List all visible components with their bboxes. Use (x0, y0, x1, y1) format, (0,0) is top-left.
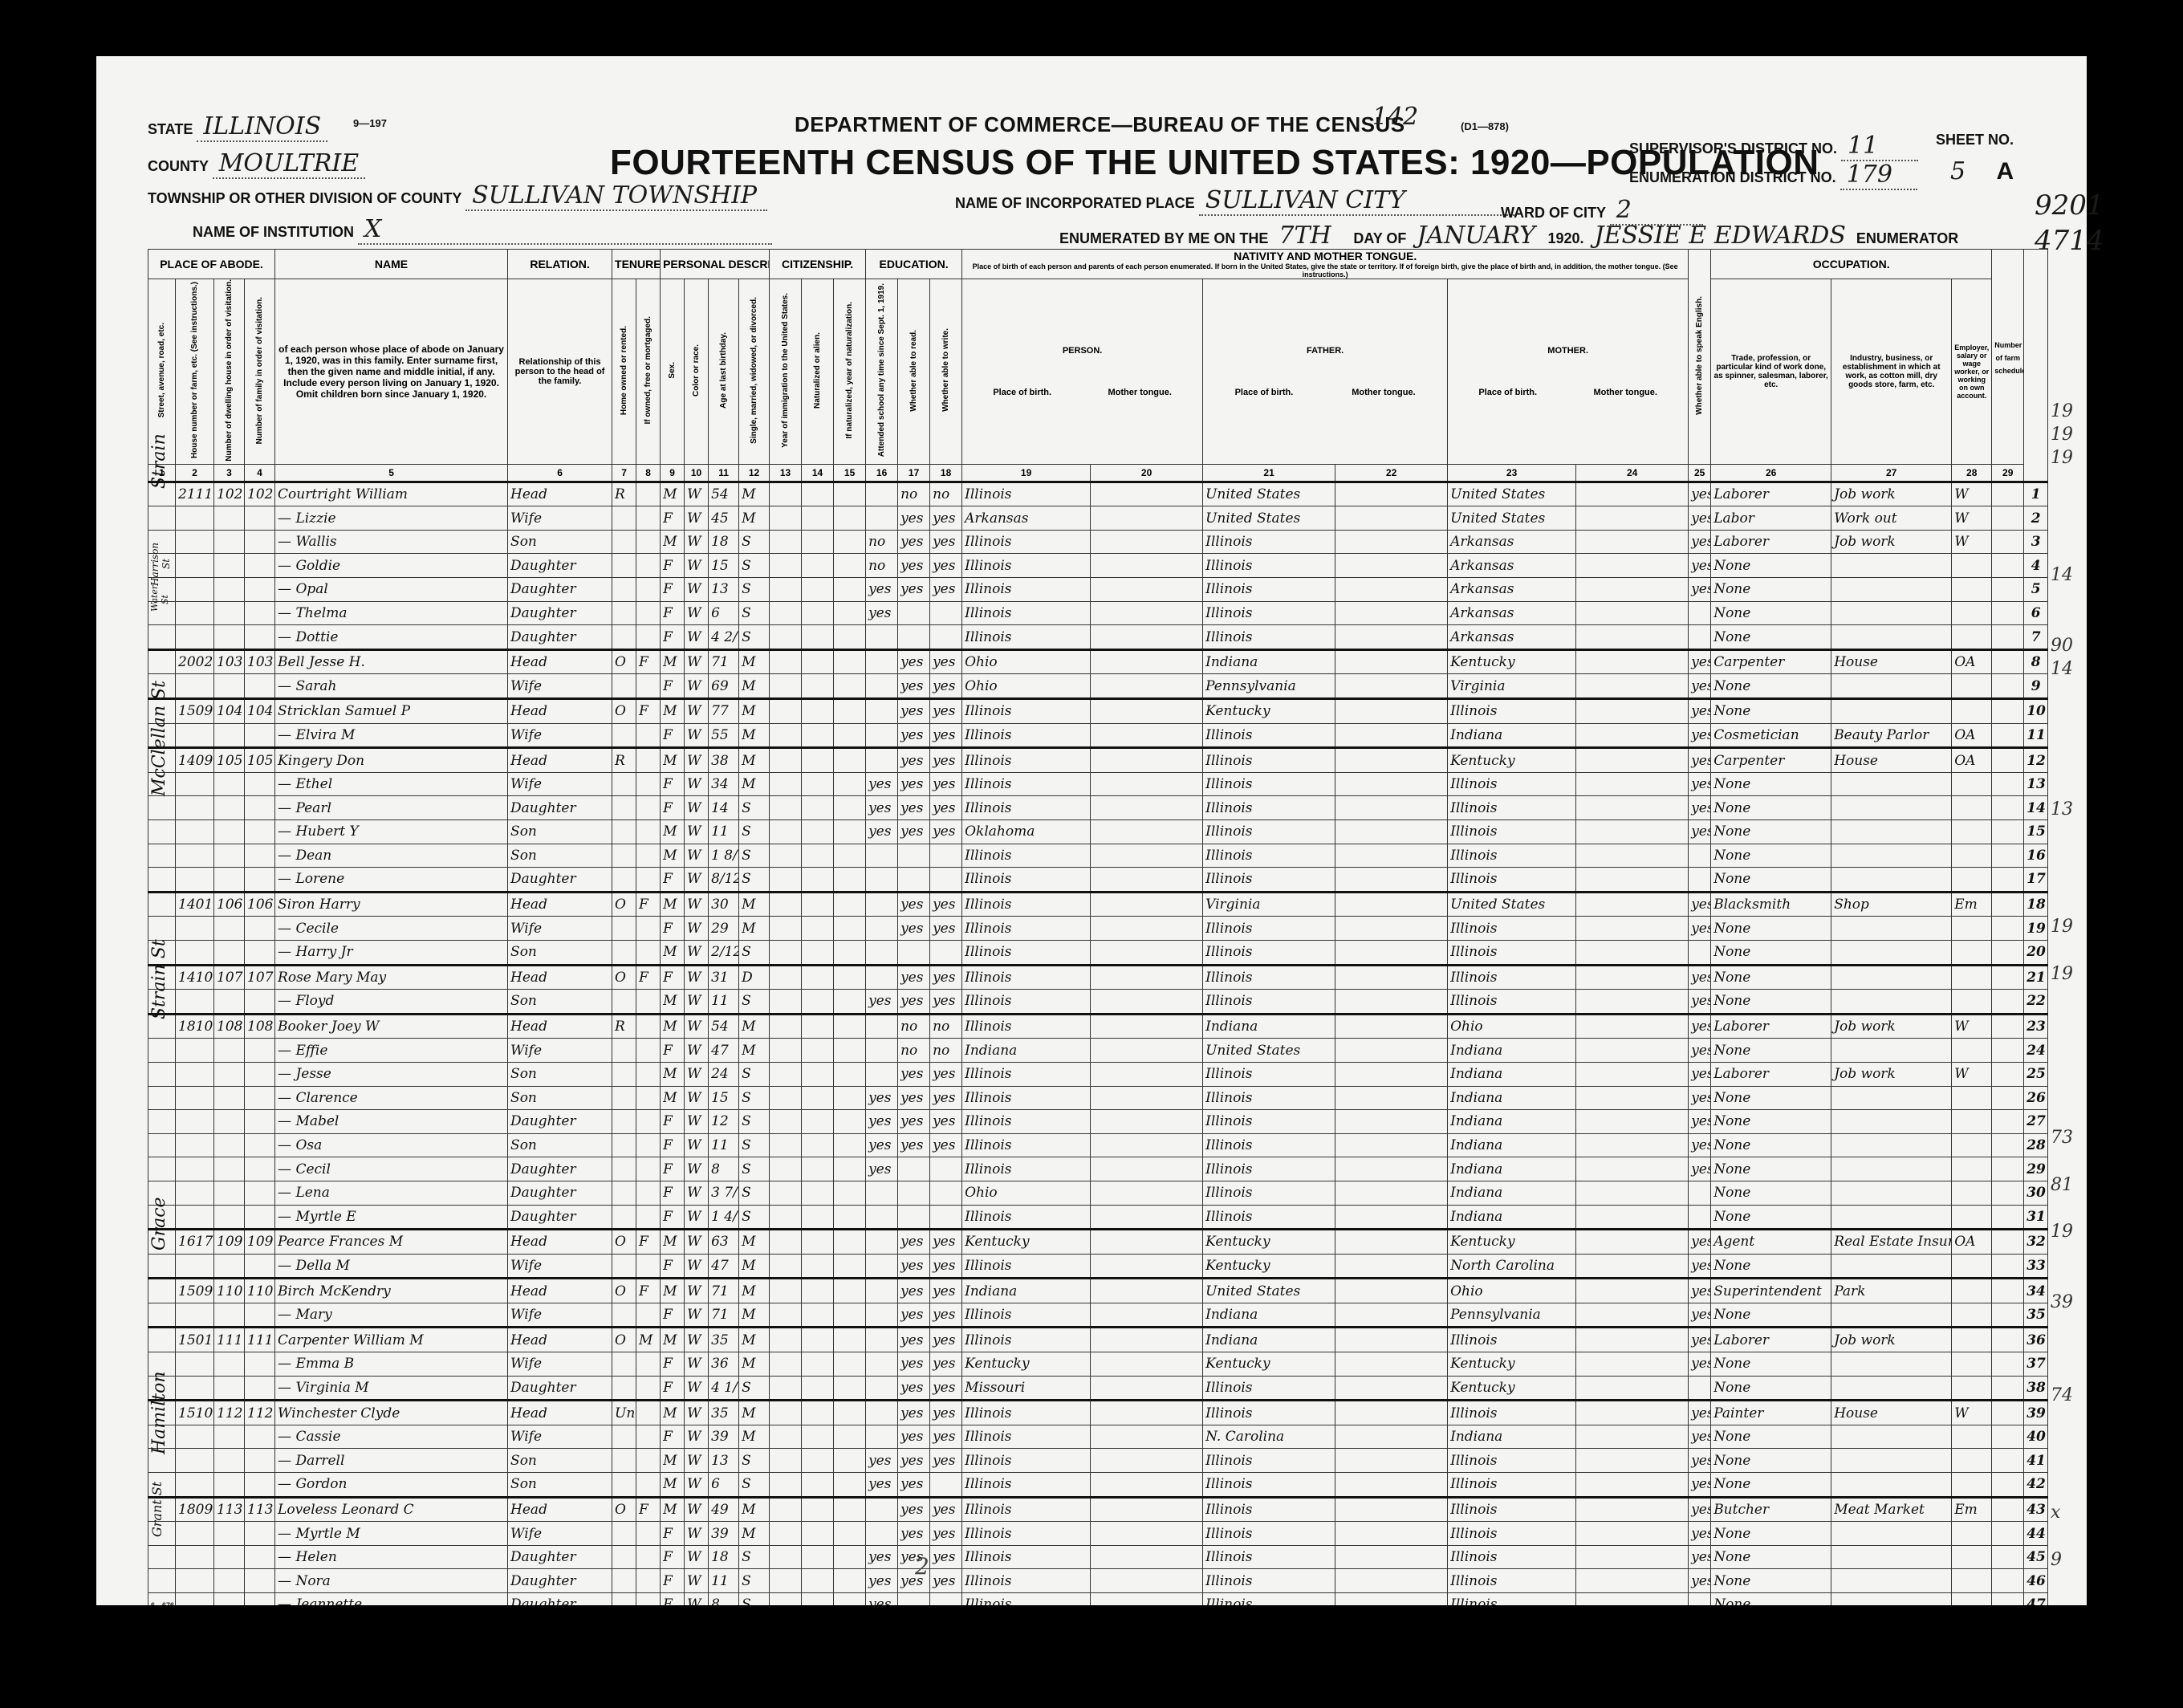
cell-relation: Head (508, 1230, 612, 1255)
table-row: — ClarenceSonMW15SyesyesyesIllinoisIllin… (148, 1086, 2048, 1110)
cell-school (866, 506, 898, 531)
group-tenure: TENURE. (612, 250, 661, 279)
cell-industry (1831, 820, 1952, 844)
cell-farm (1992, 649, 2024, 674)
cell-family (245, 1133, 275, 1157)
cell-mother-pob: Arkansas (1448, 554, 1576, 578)
col-4-header: Number of family in order of visitation. (245, 279, 275, 465)
cell-dwelling (214, 1522, 245, 1546)
cell-farm (1992, 1133, 2024, 1157)
department-title: DEPARTMENT OF COMMERCE—BUREAU OF THE CEN… (795, 112, 1405, 137)
margin-annotation: 19 (2051, 448, 2073, 468)
cell-name: — Harry Jr (275, 940, 508, 965)
cell-read: yes (898, 748, 930, 773)
cell-read: yes (898, 554, 930, 578)
cell-industry (1831, 844, 1952, 868)
col-8-header: If owned, free or mortgaged. (636, 279, 661, 465)
cell-owned (612, 1086, 636, 1110)
cell-pob-tongue (1091, 1110, 1203, 1134)
cell-father-pob: United States (1203, 1039, 1335, 1063)
cell-dwelling: 110 (214, 1279, 245, 1303)
cell-natyr (834, 1569, 866, 1593)
cell-sex: M (661, 699, 685, 724)
margin-annotation: 39 (2051, 1292, 2073, 1312)
cell-mother-tongue (1576, 940, 1689, 965)
cell-nat (802, 1569, 834, 1593)
cell-race: W (685, 844, 709, 868)
cell-imm (770, 1545, 802, 1569)
page-mark: 2 (915, 1553, 929, 1580)
cell-pob: Illinois (962, 1497, 1091, 1522)
margin-annotation: 13 (2051, 799, 2073, 819)
cell-age: 63 (709, 1230, 739, 1255)
cell-english: yes (1689, 1086, 1711, 1110)
cell-name: — Lizzie (275, 506, 508, 531)
cell-race: W (685, 1473, 709, 1498)
cell-marital: M (739, 1401, 770, 1425)
cell-mortgage: F (636, 892, 661, 917)
cell-father-pob: Illinois (1203, 772, 1335, 796)
cell-read (898, 1181, 930, 1205)
cell-mother-pob: Indiana (1448, 1157, 1576, 1181)
cell-owned (612, 1522, 636, 1546)
cell-mother-tongue (1576, 1401, 1689, 1425)
cell-dwelling (214, 868, 245, 893)
cell-name: Bell Jesse H. (275, 649, 508, 674)
cell-dwelling (214, 1473, 245, 1498)
cell-age: 2/12 (709, 940, 739, 965)
cell-family (245, 1376, 275, 1401)
cell-age: 6 (709, 1473, 739, 1498)
cell-class (1952, 844, 1992, 868)
cell-marital: S (739, 940, 770, 965)
cell-relation: Daughter (508, 1545, 612, 1569)
cell-father-pob: Illinois (1203, 1062, 1335, 1086)
enumerated-label: ENUMERATED BY ME ON THE (1059, 230, 1268, 246)
cell-trade: None (1711, 796, 1831, 820)
cell-mortgage (636, 1157, 661, 1181)
cell-race: W (685, 578, 709, 602)
cell-marital: S (739, 1473, 770, 1498)
cell-father-tongue (1335, 1328, 1448, 1352)
cell-father-tongue (1335, 1086, 1448, 1110)
cell-write (930, 1157, 962, 1181)
line-number-header (2024, 250, 2048, 482)
line-number: 2 (2024, 506, 2048, 531)
cell-owned (612, 1473, 636, 1498)
cell-natyr (834, 1522, 866, 1546)
cell-owned (612, 723, 636, 748)
cell-pob-tongue (1091, 506, 1203, 531)
cell-read: yes (898, 772, 930, 796)
cell-imm (770, 530, 802, 554)
cell-english: yes (1689, 1014, 1711, 1039)
cell-pob-tongue (1091, 1254, 1203, 1279)
cell-mother-pob: Illinois (1448, 699, 1576, 724)
line-number: 1 (2024, 482, 2048, 506)
cell-relation: Head (508, 482, 612, 506)
cell-class: OA (1952, 748, 1992, 773)
cell-sex: M (661, 1086, 685, 1110)
cell-nat (802, 844, 834, 868)
cell-owned (612, 1569, 636, 1593)
father-header: FATHER. Place of birth.Mother tongue. (1203, 279, 1448, 465)
cell-dwelling: 112 (214, 1401, 245, 1425)
cell-read (898, 844, 930, 868)
cell-industry (1831, 1205, 1952, 1230)
cell-english: yes (1689, 554, 1711, 578)
cell-mother-pob: Illinois (1448, 796, 1576, 820)
cell-race: W (685, 1157, 709, 1181)
cell-mother-tongue (1576, 1110, 1689, 1134)
line-number: 20 (2024, 940, 2048, 965)
cell-dwelling: 103 (214, 649, 245, 674)
cell-age: 11 (709, 1133, 739, 1157)
cell-industry (1831, 940, 1952, 965)
cell-mortgage (636, 1181, 661, 1205)
cell-mother-tongue (1576, 917, 1689, 941)
table-row: — Virginia MDaughterFW4 1/12SyesyesMisso… (148, 1376, 2048, 1401)
cell-mortgage (636, 1522, 661, 1546)
cell-marital: M (739, 1254, 770, 1279)
cell-read: yes (898, 649, 930, 674)
cell-class (1952, 1569, 1992, 1593)
cell-nat (802, 1181, 834, 1205)
cell-father-tongue (1335, 1110, 1448, 1134)
cell-trade: None (1711, 1473, 1831, 1498)
cell-family (245, 1157, 275, 1181)
cell-school (866, 892, 898, 917)
county-field: COUNTY Moultrie (148, 149, 365, 179)
cell-house (176, 554, 214, 578)
cell-marital: S (739, 868, 770, 893)
cell-father-tongue (1335, 1473, 1448, 1498)
table-row: 1809113113Loveless Leonard CHeadOFMW49My… (148, 1497, 2048, 1522)
cell-nat (802, 1449, 834, 1473)
cell-read: yes (898, 723, 930, 748)
cell-industry (1831, 1449, 1952, 1473)
cell-school (866, 868, 898, 893)
cell-name: — Hubert Y (275, 820, 508, 844)
cell-father-tongue (1335, 1522, 1448, 1546)
cell-english: yes (1689, 1062, 1711, 1086)
cell-dwelling (214, 601, 245, 625)
cell-mother-pob: United States (1448, 892, 1576, 917)
cell-nat (802, 1110, 834, 1134)
cell-father-pob: Illinois (1203, 820, 1335, 844)
cell-house (176, 1062, 214, 1086)
cell-family (245, 1181, 275, 1205)
cell-nat (802, 1376, 834, 1401)
cell-nat (802, 1254, 834, 1279)
cell-race: W (685, 1205, 709, 1230)
cell-relation: Son (508, 1086, 612, 1110)
cell-mother-tongue (1576, 723, 1689, 748)
cell-read: yes (898, 530, 930, 554)
cell-father-tongue (1335, 917, 1448, 941)
cell-farm (1992, 625, 2024, 650)
table-row: — CecileWifeFW29MyesyesIllinoisIllinoisI… (148, 917, 2048, 941)
cell-trade: Carpenter (1711, 748, 1831, 773)
cell-imm (770, 1133, 802, 1157)
cell-marital: S (739, 990, 770, 1015)
cell-race: W (685, 748, 709, 773)
cell-school (866, 482, 898, 506)
cell-age: 71 (709, 649, 739, 674)
cell-trade: None (1711, 1086, 1831, 1110)
cell-marital: M (739, 1328, 770, 1352)
cell-father-tongue (1335, 1279, 1448, 1303)
cell-industry: Job work (1831, 482, 1952, 506)
cell-industry (1831, 1545, 1952, 1569)
cell-dwelling (214, 1086, 245, 1110)
cell-nat (802, 1062, 834, 1086)
cell-name: — Gordon (275, 1473, 508, 1498)
cell-name: — Jesse (275, 1062, 508, 1086)
cell-natyr (834, 649, 866, 674)
cell-pob-tongue (1091, 748, 1203, 773)
cell-natyr (834, 578, 866, 602)
table-row: — JesseSonMW24SyesyesIllinoisIllinoisInd… (148, 1062, 2048, 1086)
table-row: — FloydSonMW11SyesyesyesIllinoisIllinois… (148, 990, 2048, 1015)
cell-father-pob: Virginia (1203, 892, 1335, 917)
cell-owned (612, 1376, 636, 1401)
cell-race: W (685, 1328, 709, 1352)
cell-mother-tongue (1576, 868, 1689, 893)
cell-imm (770, 990, 802, 1015)
cell-mortgage (636, 940, 661, 965)
cell-school: yes (866, 1545, 898, 1569)
cell-mother-tongue (1576, 1181, 1689, 1205)
cell-house (176, 1376, 214, 1401)
cell-mortgage (636, 482, 661, 506)
cell-nat (802, 1473, 834, 1498)
cell-name: Winchester Clyde (275, 1401, 508, 1425)
cell-father-pob: Kentucky (1203, 1230, 1335, 1255)
line-number: 26 (2024, 1086, 2048, 1110)
cell-age: 1 4/12 (709, 1205, 739, 1230)
county-value: Moultrie (213, 149, 365, 179)
cell-relation: Daughter (508, 1376, 612, 1401)
margin-annotation: 9 (2051, 1550, 2062, 1570)
cell-natyr (834, 1062, 866, 1086)
cell-natyr (834, 554, 866, 578)
cell-industry (1831, 1473, 1952, 1498)
cell-class (1952, 796, 1992, 820)
cell-mother-tongue (1576, 1279, 1689, 1303)
cell-natyr (834, 1376, 866, 1401)
cell-marital: S (739, 530, 770, 554)
cell-sex: F (661, 1205, 685, 1230)
cell-trade: None (1711, 940, 1831, 965)
cell-owned (612, 796, 636, 820)
cell-house (176, 772, 214, 796)
cell-father-pob: Illinois (1203, 796, 1335, 820)
margin-annotation: 81 (2051, 1175, 2073, 1195)
cell-father-pob: Illinois (1203, 990, 1335, 1015)
table-row: — Harry JrSonMW2/12SIllinoisIllinoisIlli… (148, 940, 2048, 965)
enum-year: 1920. (1547, 230, 1583, 246)
cell-owned (612, 601, 636, 625)
cell-age: 38 (709, 748, 739, 773)
cell-father-tongue (1335, 1133, 1448, 1157)
cell-nat (802, 917, 834, 941)
cell-mortgage (636, 844, 661, 868)
cell-imm (770, 1473, 802, 1498)
cell-relation: Wife (508, 772, 612, 796)
cell-trade: None (1711, 1133, 1831, 1157)
cell-industry: Meat Market (1831, 1497, 1952, 1522)
cell-age: 13 (709, 578, 739, 602)
cell-sex: F (661, 1039, 685, 1063)
cell-relation: Head (508, 1328, 612, 1352)
cell-name: — Goldie (275, 554, 508, 578)
cell-natyr (834, 772, 866, 796)
cell-farm (1992, 699, 2024, 724)
cell-mother-tongue (1576, 554, 1689, 578)
cell-school (866, 625, 898, 650)
cell-race: W (685, 601, 709, 625)
cell-house (176, 1473, 214, 1498)
cell-age: 13 (709, 1449, 739, 1473)
person-header: PERSON. Place of birth.Mother tongue. (962, 279, 1203, 465)
cell-nat (802, 649, 834, 674)
cell-mother-tongue (1576, 1352, 1689, 1377)
cell-imm (770, 820, 802, 844)
cell-mother-pob: Illinois (1448, 1569, 1576, 1593)
cell-dwelling (214, 940, 245, 965)
table-row: 1510112112Winchester ClydeHeadUnMW35Myes… (148, 1401, 2048, 1425)
cell-age: 8/12 (709, 868, 739, 893)
cell-mother-pob: Indiana (1448, 1086, 1576, 1110)
table-row: — LoreneDaughterFW8/12SIllinoisIllinoisI… (148, 868, 2048, 893)
cell-marital: S (739, 1110, 770, 1134)
cell-house (176, 820, 214, 844)
cell-farm (1992, 1110, 2024, 1134)
cell-english (1689, 1376, 1711, 1401)
cell-owned (612, 1110, 636, 1134)
cell-school (866, 1522, 898, 1546)
cell-pob: Illinois (962, 554, 1091, 578)
cell-father-tongue (1335, 1230, 1448, 1255)
cell-pob-tongue (1091, 892, 1203, 917)
cell-family (245, 1254, 275, 1279)
cell-mother-pob: Indiana (1448, 1205, 1576, 1230)
cell-pob: Illinois (962, 868, 1091, 893)
cell-family (245, 796, 275, 820)
street-name: Water St (149, 588, 173, 612)
cell-school (866, 940, 898, 965)
cell-family: 110 (245, 1279, 275, 1303)
cell-father-pob: Illinois (1203, 554, 1335, 578)
cell-name: — Pearl (275, 796, 508, 820)
cell-mother-tongue (1576, 699, 1689, 724)
cell-family (245, 723, 275, 748)
col-29-header: Number of farm schedule. (1992, 250, 2024, 465)
cell-farm (1992, 1569, 2024, 1593)
cell-class (1952, 1039, 1992, 1063)
cell-sex: M (661, 1328, 685, 1352)
cell-pob: Missouri (962, 1376, 1091, 1401)
cell-dwelling (214, 1062, 245, 1086)
cell-pob: Illinois (962, 601, 1091, 625)
cell-sex: F (661, 1110, 685, 1134)
cell-imm (770, 1497, 802, 1522)
cell-class (1952, 1157, 1992, 1181)
cell-sex: F (661, 578, 685, 602)
cell-family: 112 (245, 1401, 275, 1425)
table-row: — DarrellSonMW13SyesyesyesIllinoisIllino… (148, 1449, 2048, 1473)
cell-name: — Darrell (275, 1449, 508, 1473)
cell-pob: Illinois (962, 723, 1091, 748)
cell-mother-tongue (1576, 1039, 1689, 1063)
margin-annotation: 19 (2051, 917, 2073, 937)
cell-pob: Illinois (962, 917, 1091, 941)
line-number: 35 (2024, 1303, 2048, 1328)
cell-read: yes (898, 1110, 930, 1134)
scan-border-top (0, 0, 2183, 56)
table-row: — NoraDaughterFW11SyesyesyesIllinoisIlli… (148, 1569, 2048, 1593)
cell-dwelling: 105 (214, 748, 245, 773)
cell-natyr (834, 965, 866, 990)
cell-mother-pob: Illinois (1448, 917, 1576, 941)
cell-marital: M (739, 748, 770, 773)
line-number: 10 (2024, 699, 2048, 724)
cell-pob-tongue (1091, 917, 1203, 941)
cell-sex: F (661, 917, 685, 941)
cell-dwelling: 107 (214, 965, 245, 990)
cell-english: yes (1689, 1569, 1711, 1593)
cell-mother-pob: Indiana (1448, 1110, 1576, 1134)
cell-natyr (834, 940, 866, 965)
cell-marital: M (739, 1039, 770, 1063)
margin-annotation: 14 (2051, 565, 2073, 585)
cell-father-pob: Illinois (1203, 625, 1335, 650)
cell-industry: Job work (1831, 530, 1952, 554)
cell-pob-tongue (1091, 1328, 1203, 1352)
cell-industry (1831, 1376, 1952, 1401)
cell-mother-tongue (1576, 820, 1689, 844)
cell-mortgage (636, 772, 661, 796)
cell-nat (802, 1401, 834, 1425)
line-number: 42 (2024, 1473, 2048, 1498)
cell-father-pob: Illinois (1203, 1522, 1335, 1546)
cell-father-pob: Illinois (1203, 965, 1335, 990)
cell-farm (1992, 772, 2024, 796)
cell-farm (1992, 820, 2024, 844)
cell-nat (802, 820, 834, 844)
cell-write: yes (930, 1279, 962, 1303)
group-place-of-abode: PLACE OF ABODE. (148, 250, 275, 279)
cell-read (898, 940, 930, 965)
cell-sex: F (661, 796, 685, 820)
cell-relation: Head (508, 1497, 612, 1522)
cell-marital: M (739, 1352, 770, 1377)
cell-read (898, 601, 930, 625)
line-number: 37 (2024, 1352, 2048, 1377)
cell-sex: M (661, 748, 685, 773)
cell-mortgage (636, 625, 661, 650)
cell-house (176, 1569, 214, 1593)
cell-trade: None (1711, 674, 1831, 699)
cell-age: 71 (709, 1303, 739, 1328)
cell-mother-pob: Arkansas (1448, 578, 1576, 602)
cell-race: W (685, 990, 709, 1015)
cell-owned (612, 1352, 636, 1377)
cell-english (1689, 1181, 1711, 1205)
col-11-header: Age at last birthday. (709, 279, 739, 465)
cell-nat (802, 965, 834, 990)
